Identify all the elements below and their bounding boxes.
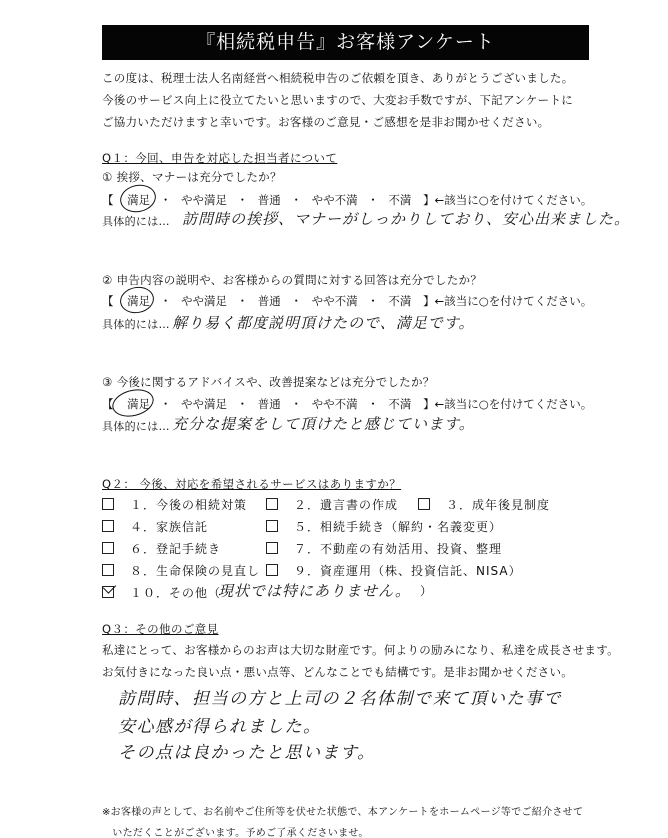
- checkbox[interactable]: [102, 498, 114, 510]
- service-option-2[interactable]: ２．遺言書の作成: [266, 496, 398, 513]
- intro-line: この度は、税理士法人名南経営へ相続税申告のご依頼を頂き、ありがとうございました。: [102, 70, 574, 86]
- service-option-8[interactable]: ８．生命保険の見直し: [102, 562, 260, 579]
- rating-option-somewhat-dissatisfied[interactable]: やや不満: [312, 192, 358, 208]
- rating-option-neutral[interactable]: 普通: [258, 293, 281, 309]
- service-option-1[interactable]: １．今後の相続対策: [102, 496, 247, 513]
- q1-heading: Q１：今回、申告を対応した担当者について: [102, 150, 337, 166]
- rating-option-somewhat-satisfied[interactable]: やや満足: [181, 192, 227, 208]
- q3-prompt-line: お気付きになった良い点・悪い点等、どんなことでも結構です。是非お聞かせください。: [102, 664, 573, 680]
- rating-option-neutral[interactable]: 普通: [258, 396, 281, 412]
- detail-label: 具体的には…: [102, 316, 170, 332]
- detail-label: 具体的には…: [102, 213, 170, 229]
- service-option-10-other[interactable]: １０．その他（: [102, 584, 221, 601]
- checkbox[interactable]: [266, 520, 278, 532]
- rating-option-dissatisfied[interactable]: 不満: [388, 192, 411, 208]
- q3-prompt-line: 私達にとって、お客様からのお声は大切な財産です。何よりの励みになり、私達を成長さ…: [102, 642, 619, 658]
- service-option-6[interactable]: ６．登記手続き: [102, 540, 221, 557]
- q1-2-handwritten-answer[interactable]: 解り易く都度説明頂けたので、満足です。: [172, 312, 475, 333]
- rating-option-somewhat-satisfied[interactable]: やや満足: [181, 396, 227, 412]
- service-option-9[interactable]: ９．資産運用（株、投資信託、NISA）: [266, 562, 522, 579]
- rating-option-somewhat-satisfied[interactable]: やや満足: [181, 293, 227, 309]
- q1-3-handwritten-answer[interactable]: 充分な提案をして頂けたと感じています。: [172, 413, 475, 434]
- checkbox[interactable]: [102, 520, 114, 532]
- rating-option-somewhat-dissatisfied[interactable]: やや不満: [312, 396, 358, 412]
- footer-note: いただくことがございます。予めご了承くださいませ。: [102, 824, 369, 838]
- rating-option-neutral[interactable]: 普通: [258, 192, 281, 208]
- service-option-4[interactable]: ４．家族信託: [102, 518, 208, 535]
- rating-option-dissatisfied[interactable]: 不満: [388, 396, 411, 412]
- selected-circle-mark: [118, 284, 156, 316]
- q1-1-rating-row: 【 満足 ・ やや満足 ・ 普通 ・ やや不満 ・ 不満 】←該当に○を付けてく…: [102, 192, 592, 208]
- q1-2-rating-row: 【 満足 ・ やや満足 ・ 普通 ・ やや不満 ・ 不満 】←該当に○を付けてく…: [102, 293, 592, 309]
- q1-2-question: ② 申告内容の説明や、お客様からの質問に対する回答は充分でしたか？: [102, 272, 482, 288]
- survey-title: 『相続税申告』お客様アンケート: [102, 25, 589, 60]
- checkbox[interactable]: [102, 564, 114, 576]
- q1-3-question: ③ 今後に関するアドバイスや、改善提案などは充分でしたか？: [102, 374, 435, 390]
- q1-3-rating-row: 【 満足 ・ やや満足 ・ 普通 ・ やや不満 ・ 不満 】←該当に○を付けてく…: [102, 396, 592, 412]
- q2-heading: Q２： 今後、対応を希望されるサービスはありますか？: [102, 476, 401, 492]
- checkbox[interactable]: [102, 542, 114, 554]
- rating-option-dissatisfied[interactable]: 不満: [388, 293, 411, 309]
- answer-line: その点は良かったと思います。: [118, 738, 376, 763]
- checkbox[interactable]: [266, 498, 278, 510]
- service-option-3[interactable]: ３．成年後見制度: [418, 496, 550, 513]
- q1-1-handwritten-answer[interactable]: 訪問時の挨拶、マナーがしっかりしており、安心出来ました。: [182, 208, 630, 229]
- answer-line: 安心感が得られました。: [118, 712, 322, 737]
- q2-other-handwritten-answer[interactable]: 現状では特にありません。: [218, 580, 411, 601]
- detail-label: 具体的には…: [102, 418, 170, 434]
- q1-1-question: ① 挨拶、マナーは充分でしたか？: [102, 169, 282, 185]
- checkbox[interactable]: [266, 542, 278, 554]
- checkbox-checked[interactable]: [102, 586, 114, 598]
- intro-line: ご協力いただけますと幸いです。お客様のご意見・ご感想を是非お聞かせください。: [102, 114, 549, 130]
- service-option-7[interactable]: ７．不動産の有効活用、投資、整理: [266, 540, 502, 557]
- rating-option-somewhat-dissatisfied[interactable]: やや不満: [312, 293, 358, 309]
- intro-line: 今後のサービス向上に役立てたいと思いますので、大変お手数ですが、下記アンケートに: [102, 92, 573, 108]
- selected-circle-mark: [109, 385, 156, 420]
- other-close-paren: ）: [420, 582, 433, 599]
- service-option-5[interactable]: ５．相続手続き（解約・名義変更）: [266, 518, 502, 535]
- footer-note: ※お客様の声として、お名前やご住所等を伏せた状態で、本アンケートをホームページ等…: [102, 803, 583, 818]
- checkbox[interactable]: [266, 564, 278, 576]
- checkbox[interactable]: [418, 498, 430, 510]
- answer-line: 訪問時、担当の方と上司の２名体制で来て頂いた事で: [118, 684, 562, 709]
- selected-circle-mark: [118, 182, 159, 216]
- q3-heading: Q３：その他のご意見: [102, 621, 219, 637]
